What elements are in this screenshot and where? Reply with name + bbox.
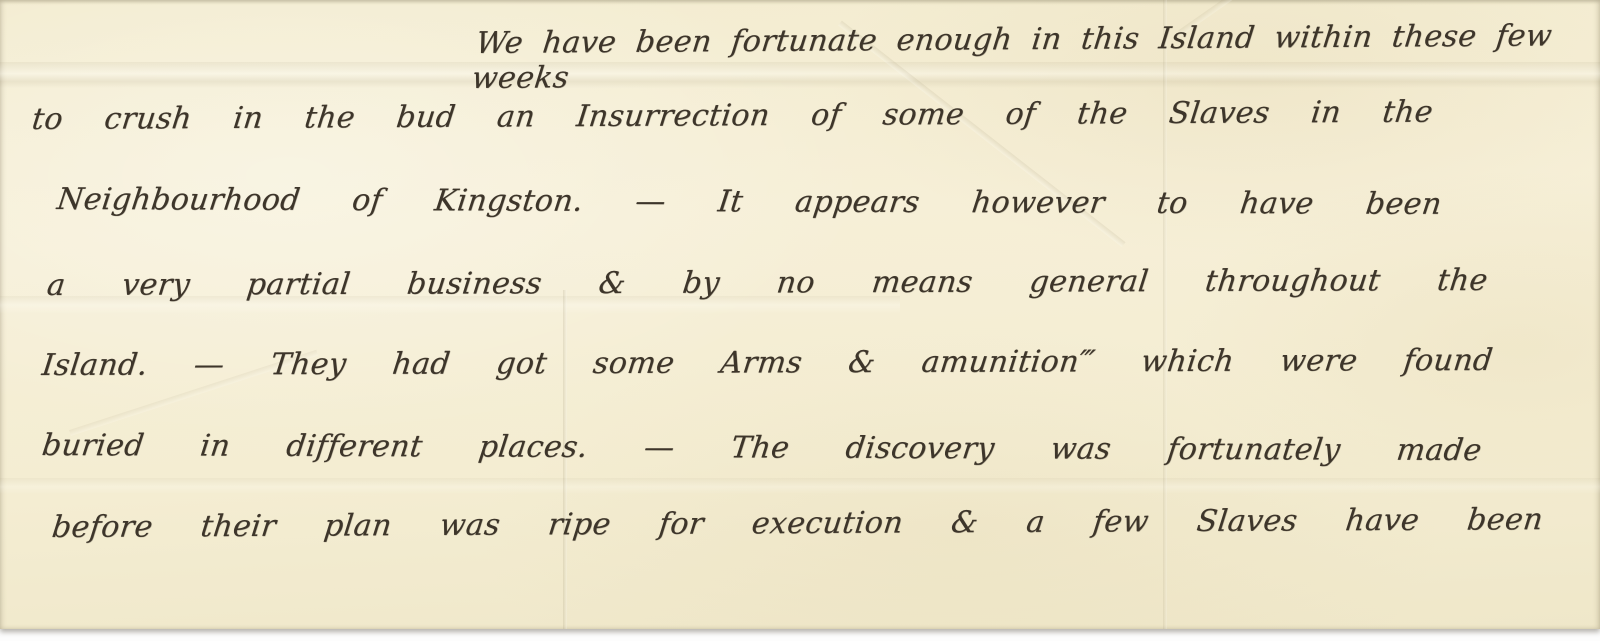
aged-paper-sheet: We have been fortunate enough in this Is… <box>0 0 1600 629</box>
handwritten-line-2: to crush in the bud an Insurrection of s… <box>30 95 1435 137</box>
scanned-letter-page: We have been fortunate enough in this Is… <box>0 0 1600 641</box>
fold-crease-horizontal-lower <box>0 478 1600 494</box>
handwritten-line-4: a very partial business & by no means ge… <box>45 263 1490 303</box>
handwritten-line-1: We have been fortunate enough in this Is… <box>470 18 1554 96</box>
handwritten-line-7: before their plan was ripe for execution… <box>50 502 1545 545</box>
handwritten-line-6: buried in different places. — The discov… <box>40 428 1484 468</box>
handwritten-line-3: Neighbourhood of Kingston. — It appears … <box>55 182 1444 222</box>
handwritten-line-5: Island. — They had got some Arms & amuni… <box>40 343 1495 383</box>
